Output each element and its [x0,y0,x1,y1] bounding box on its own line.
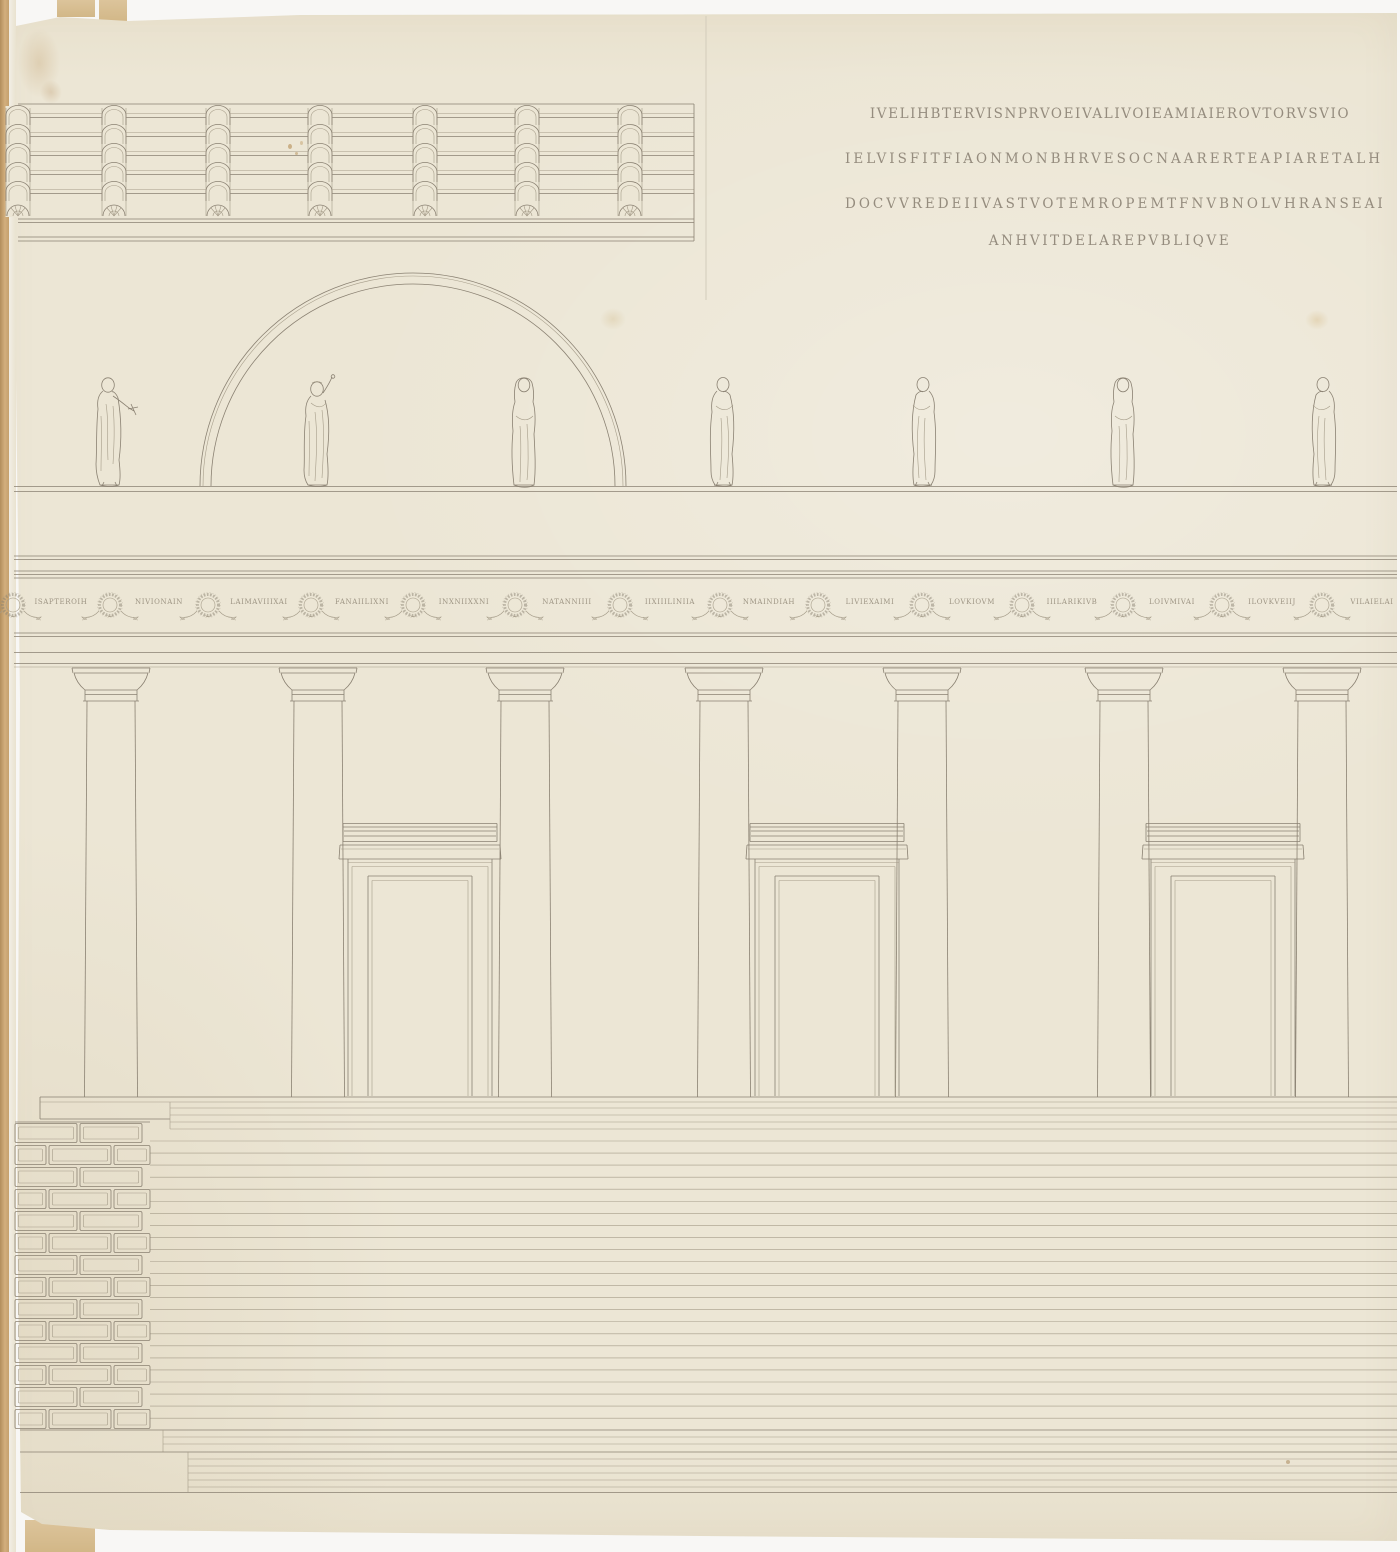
colonnade [72,668,1361,1097]
frieze-label: LOIVMIVAI [1127,598,1217,606]
inscription-block: IVELIHBTERVISNPRVOEIVALIVOIEAMIAIEROVTOR… [845,100,1375,260]
steps-and-podium [20,1097,1397,1493]
frieze-label: INXNIIXXNI [419,598,509,606]
frieze-label: ISAPTEROIH [16,598,106,606]
frieze-label: IIXIIILINIIA [625,598,715,606]
lunette-arch [200,273,626,486]
frieze-label: LOVKIOVM [927,598,1017,606]
wreath-frieze [0,593,1350,621]
frieze-label: VILAIELAI [1327,598,1400,606]
frieze-label: LAIMAVIIIXAI [214,598,304,606]
frieze-label: ILOVKVEIIJ [1227,598,1317,606]
brick-masonry [15,1122,150,1429]
frieze-label: NIVIONAIN [114,598,204,606]
arcade-arch-stacks [6,106,643,217]
inscription-line: ANHVITDELAREPVBLIQVE [845,233,1375,249]
frieze-label: FANAIILIXNI [317,598,407,606]
frieze-label: IIILARIKIVB [1027,598,1117,606]
scanned-drawing-page: IVELIHBTERVISNPRVOEIVALIVOIEAMIAIEROVTOR… [0,0,1400,1552]
doorways [339,824,1304,1097]
statues-row [96,375,1336,488]
inscription-line: IELVISFITFIAONMONBHRVESOCNAARERTEAPIARET… [845,151,1375,167]
entablature-lines [14,487,1397,668]
inscription-line: IVELIHBTERVISNPRVOEIVALIVOIEAMIAIEROVTOR… [845,106,1375,122]
inscription-line: DOCVVREDEIIVASTVOTEMROPEMTFNVBNOLVHRANSE… [845,196,1375,212]
frieze-label: NMAINDIAH [724,598,814,606]
frieze-label: NATANNIIII [522,598,612,606]
frieze-label: LIVIEXAIMI [825,598,915,606]
